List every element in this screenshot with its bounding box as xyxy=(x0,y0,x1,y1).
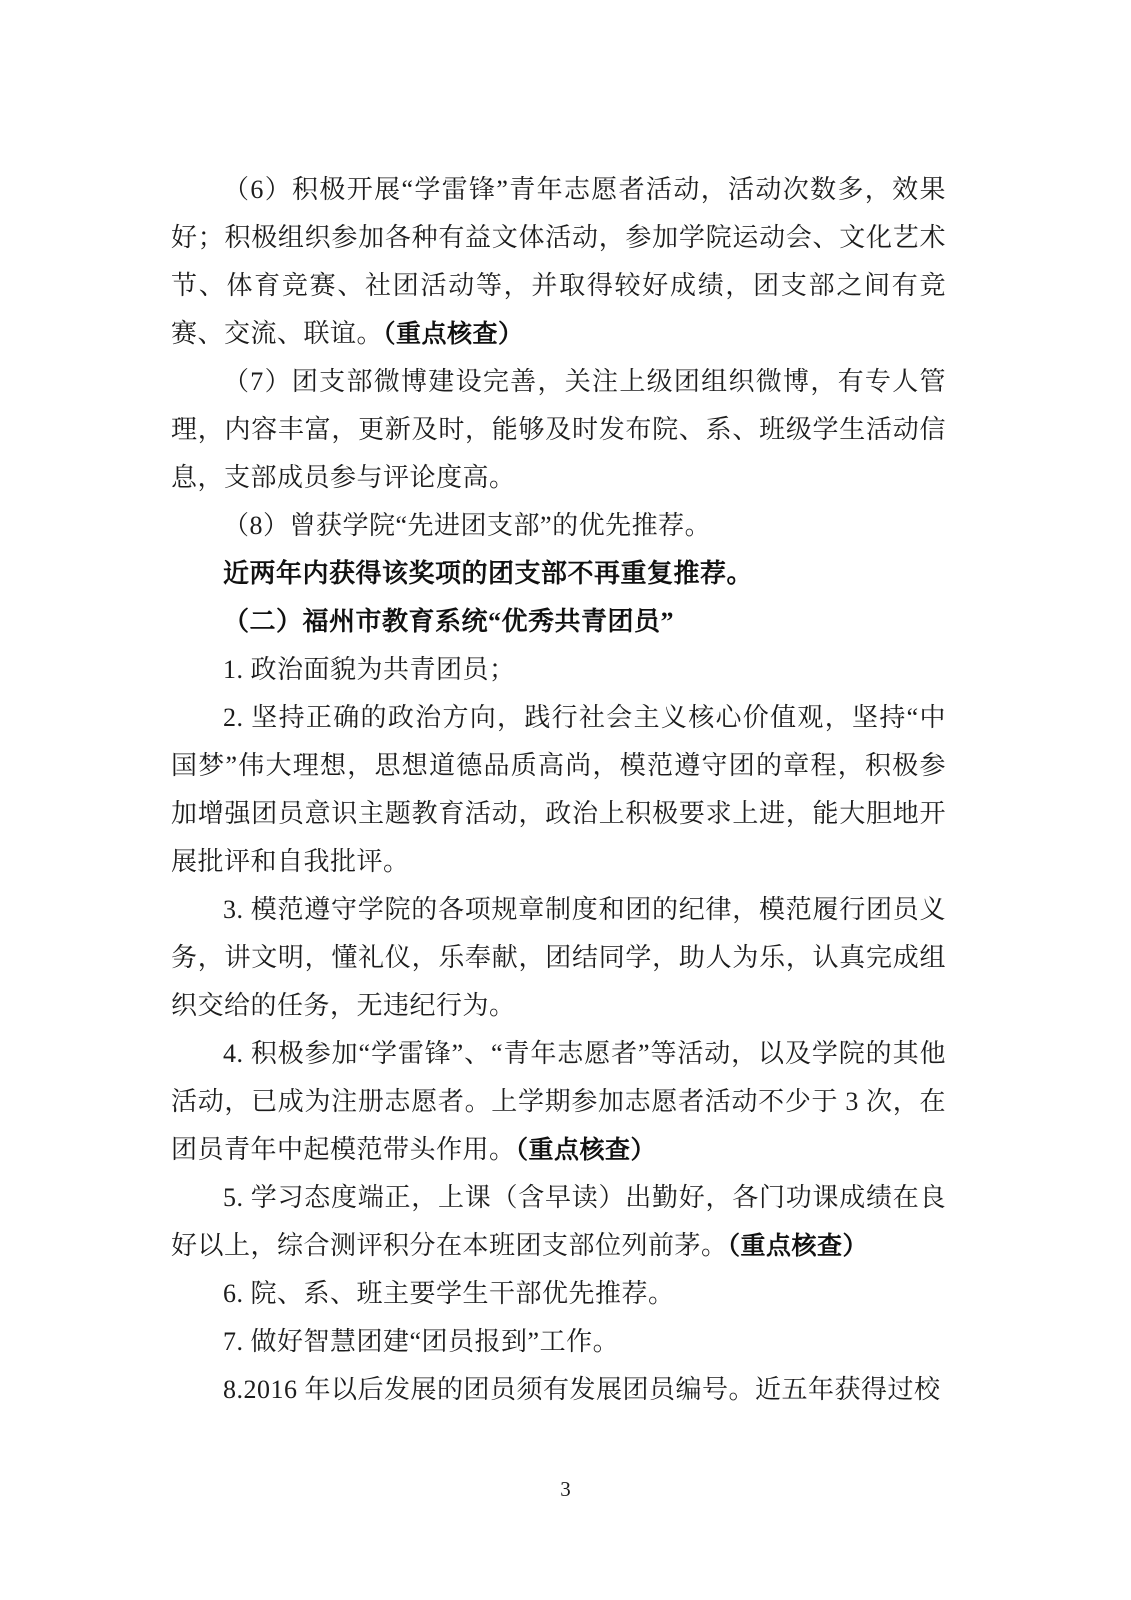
emphasis-key-check: （重点核查） xyxy=(383,320,524,348)
paragraph-text: 6. 院、系、班主要学生干部优先推荐。 xyxy=(223,1279,675,1308)
document-page: （6）积极开展“学雷锋”青年志愿者活动，活动次数多，效果好；积极组织参加各种有益… xyxy=(0,0,1131,1600)
paragraph-rule-4: 4. 积极参加“学雷锋”、“青年志愿者”等活动，以及学院的其他活动，已成为注册志… xyxy=(171,1030,946,1174)
paragraph-item-6: （6）积极开展“学雷锋”青年志愿者活动，活动次数多，效果好；积极组织参加各种有益… xyxy=(171,166,946,358)
paragraph-item-7: （7）团支部微博建设完善，关注上级团组织微博，有专人管理，内容丰富，更新及时，能… xyxy=(171,358,946,502)
paragraph-text: 近两年内获得该奖项的团支部不再重复推荐。 xyxy=(223,559,753,588)
paragraph-rule-3: 3. 模范遵守学院的各项规章制度和团的纪律，模范履行团员义务，讲文明，懂礼仪，乐… xyxy=(171,886,946,1030)
paragraph-text: 1. 政治面貌为共青团员； xyxy=(223,655,516,684)
paragraph-text: 3. 模范遵守学院的各项规章制度和团的纪律，模范履行团员义务，讲文明，懂礼仪，乐… xyxy=(171,895,946,1020)
paragraph-rule-7: 7. 做好智慧团建“团员报到”工作。 xyxy=(171,1318,946,1366)
document-body: （6）积极开展“学雷锋”青年志愿者活动，活动次数多，效果好；积极组织参加各种有益… xyxy=(171,166,946,1414)
heading-text: （二）福州市教育系统“优秀共青团员” xyxy=(223,607,674,636)
paragraph-rule-8: 8.2016 年以后发展的团员须有发展团员编号。近五年获得过校 xyxy=(171,1366,946,1414)
paragraph-rule-2: 2. 坚持正确的政治方向，践行社会主义核心价值观，坚持“中国梦”伟大理想，思想道… xyxy=(171,694,946,886)
emphasis-key-check: （重点核查） xyxy=(516,1136,657,1164)
paragraph-text: （7）团支部微博建设完善，关注上级团组织微博，有专人管理，内容丰富，更新及时，能… xyxy=(171,367,946,492)
page-number: 3 xyxy=(0,1476,1131,1502)
paragraph-text: （6）积极开展“学雷锋”青年志愿者活动，活动次数多，效果好；积极组织参加各种有益… xyxy=(171,175,946,348)
section-2-heading: （二）福州市教育系统“优秀共青团员” xyxy=(171,598,946,646)
paragraph-text: 8.2016 年以后发展的团员须有发展团员编号。近五年获得过校 xyxy=(223,1375,941,1404)
emphasis-key-check: （重点核查） xyxy=(728,1232,869,1260)
paragraph-rule-5: 5. 学习态度端正，上课（含早读）出勤好，各门功课成绩在良好以上，综合测评积分在… xyxy=(171,1174,946,1270)
paragraph-text: 7. 做好智慧团建“团员报到”工作。 xyxy=(223,1327,619,1356)
paragraph-rule-6: 6. 院、系、班主要学生干部优先推荐。 xyxy=(171,1270,946,1318)
paragraph-text: （8）曾获学院“先进团支部”的优先推荐。 xyxy=(223,511,711,540)
paragraph-rule-1: 1. 政治面貌为共青团员； xyxy=(171,646,946,694)
paragraph-text: 2. 坚持正确的政治方向，践行社会主义核心价值观，坚持“中国梦”伟大理想，思想道… xyxy=(171,703,946,876)
paragraph-item-8: （8）曾获学院“先进团支部”的优先推荐。 xyxy=(171,502,946,550)
note-no-repeat: 近两年内获得该奖项的团支部不再重复推荐。 xyxy=(171,550,946,598)
